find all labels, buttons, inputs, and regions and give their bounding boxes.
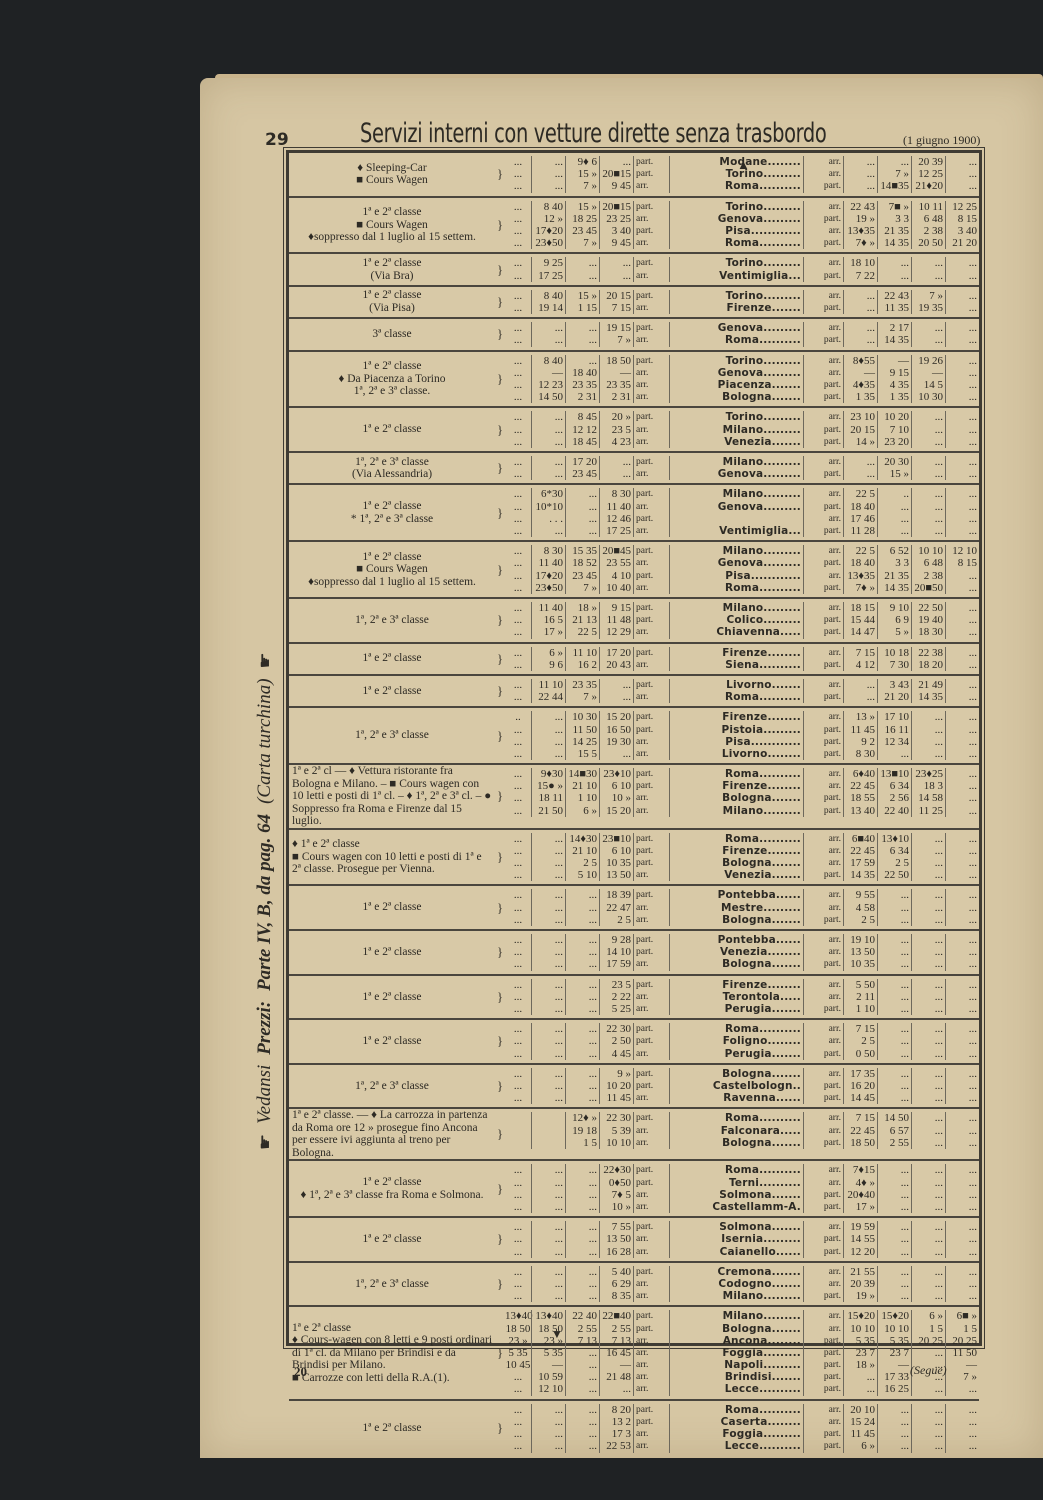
type-out: arr. [633, 557, 669, 569]
col-b: 17 » [531, 626, 565, 638]
ret-d: ... [945, 257, 979, 269]
ret-a: 1 10 [843, 1003, 877, 1015]
col-b: 11 10 [531, 679, 565, 691]
ret-b: 9 10 [877, 602, 911, 614]
station-name: Siena.......... [669, 659, 803, 671]
type-out: arr. [633, 1359, 669, 1371]
edition-date: (1 giugno 1900) [903, 133, 980, 148]
brace-icon: } [495, 287, 505, 317]
ret-a: ... [843, 156, 877, 168]
station-name: Genova......... [669, 557, 803, 569]
ret-d: ... [945, 1416, 979, 1428]
col-b: 18 11 [531, 792, 565, 804]
type-out: arr. [633, 748, 669, 760]
col-d: 23 35 [599, 379, 633, 391]
col-b: 10 59 [531, 1371, 565, 1383]
ret-d: ... [945, 1266, 979, 1278]
ret-d: ... [945, 833, 979, 845]
ret-c: ... [911, 334, 945, 346]
ret-c: 19 40 [911, 614, 945, 626]
station-name: Roma.......... [669, 334, 803, 346]
table-row: ......12 1223 5arr.Milano.........part.2… [505, 424, 979, 436]
col-a: ... [505, 1416, 531, 1428]
station-name: Foggia......... [669, 1428, 803, 1440]
type-out: part. [633, 845, 669, 857]
ret-b: ... [877, 979, 911, 991]
type-return: arr. [803, 768, 843, 780]
ret-d: ... [945, 290, 979, 302]
ret-b: 14 50 [877, 1112, 911, 1124]
station-name: Terontola..... [669, 991, 803, 1003]
col-c: ... [565, 1347, 599, 1359]
type-return: part. [803, 1189, 843, 1201]
ret-d: ... [945, 1125, 979, 1137]
ret-a: 2 5 [843, 1035, 877, 1047]
ret-c: ... [911, 1440, 945, 1452]
ret-a: 7 15 [843, 1112, 877, 1124]
ret-a: 14 35 [843, 869, 877, 881]
timetable-section: 1ª e 2ª classe}.........7 55part.Solmona… [289, 1218, 979, 1263]
ret-b: 5 35 [877, 1335, 911, 1347]
table-row: .........7♦ 5arr.Solmona.......part.20♦4… [505, 1189, 979, 1201]
type-return: arr. [803, 513, 843, 525]
ret-c: 18 20 [911, 659, 945, 671]
ret-a: 23 10 [843, 411, 877, 423]
station-name: Firenze....... [669, 302, 803, 314]
col-d: 23 5 [599, 979, 633, 991]
col-a [505, 1137, 531, 1149]
ret-a: 20 15 [843, 424, 877, 436]
ret-a: 17 59 [843, 857, 877, 869]
station-name: Bologna....... [669, 857, 803, 869]
col-a: ... [505, 1290, 531, 1302]
ret-b: ... [877, 1023, 911, 1035]
station-name: Mestre......... [669, 902, 803, 914]
col-b: 17 25 [531, 270, 565, 282]
col-b: ... [531, 322, 565, 334]
brace-icon: } [495, 765, 505, 828]
type-out: arr. [633, 1347, 669, 1359]
col-b: ... [531, 436, 565, 448]
type-out: part. [633, 225, 669, 237]
col-c: ... [565, 1068, 599, 1080]
station-name: Colico......... [669, 614, 803, 626]
col-b: 9 25 [531, 257, 565, 269]
col-b: 9 6 [531, 659, 565, 671]
timetable-section: 1ª, 2ª e 3ª classe}.........9 »part.Bolo… [289, 1065, 979, 1110]
col-b: 15● » [531, 780, 565, 792]
station-name: Ravenna...... [669, 1092, 803, 1104]
ret-a: 18 40 [843, 557, 877, 569]
pointing-hand-icon: ☛ [255, 652, 276, 668]
ret-b: ... [877, 946, 911, 958]
table-row: .........2 22arr.Terontola.....arr.2 11.… [505, 991, 979, 1003]
table-row: ...8 4015 »20 15part.Torino.........arr.… [505, 290, 979, 302]
type-return: arr. [803, 545, 843, 557]
ret-a: 11 45 [843, 1428, 877, 1440]
timetable-section: 1ª e 2ª classe (Via Pisa)}...8 4015 »20 … [289, 287, 979, 319]
ret-d: ... [945, 748, 979, 760]
col-b: ... [531, 1092, 565, 1104]
col-b: ... [531, 1233, 565, 1245]
table-row: ...12 10......arr.Lecce..........part...… [505, 1383, 979, 1395]
table-row: ...23♦507 »9 45arr.Roma..........part.7♦… [505, 237, 979, 249]
direction-down-arrow-icon: ▼ [551, 1327, 563, 1342]
ret-d: ... [945, 302, 979, 314]
ret-a: 10 35 [843, 958, 877, 970]
table-row: ......14♦3023■10part.Roma..........arr.6… [505, 833, 979, 845]
station-name: Milano......... [669, 424, 803, 436]
col-a: ... [505, 780, 531, 792]
ret-d: 12 10 [945, 545, 979, 557]
ret-c: ... [911, 902, 945, 914]
ret-b: .. [877, 488, 911, 500]
type-return: arr. [803, 889, 843, 901]
col-a: 18 50 [505, 1323, 531, 1335]
ret-a: ... [843, 691, 877, 703]
brace-icon: } [495, 1218, 505, 1261]
col-c: 21 10 [565, 780, 599, 792]
col-d: 11 48 [599, 614, 633, 626]
table-row: .........16 28arr.Caianello......part.12… [505, 1246, 979, 1258]
ret-b: ... [877, 1201, 911, 1213]
type-out: arr. [633, 1371, 669, 1383]
type-return: part. [803, 1383, 843, 1395]
col-a: ... [505, 456, 531, 468]
col-a: ... [505, 468, 531, 480]
table-row: ...16 521 1311 48part.Colico.........par… [505, 614, 979, 626]
col-d: 0♦50 [599, 1177, 633, 1189]
type-return: arr. [803, 322, 843, 334]
station-name: Pistoia......... [669, 724, 803, 736]
type-out: part. [633, 1080, 669, 1092]
col-c: 23 45 [565, 570, 599, 582]
col-c: 22 40 [565, 1310, 599, 1322]
type-out: arr. [633, 792, 669, 804]
table-row: ...8 4015 »20■15part.Torino.........arr.… [505, 201, 979, 213]
col-d: ... [599, 257, 633, 269]
col-a: ... [505, 355, 531, 367]
brace-icon: } [495, 976, 505, 1019]
brace-icon: } [495, 830, 505, 885]
ret-d: ... [945, 1221, 979, 1233]
ret-c: ... [911, 914, 945, 926]
col-b: ... [531, 1189, 565, 1201]
service-description: 1ª e 2ª classe [289, 1020, 495, 1063]
ret-c: 21♦20 [911, 180, 945, 192]
col-a: ... [505, 1080, 531, 1092]
type-out: part. [633, 290, 669, 302]
col-d: 6 10 [599, 845, 633, 857]
type-return: part. [803, 1233, 843, 1245]
ret-c: 21 49 [911, 679, 945, 691]
ret-c: ... [911, 1068, 945, 1080]
type-out: arr. [633, 626, 669, 638]
table-row: ......8 4520 »part.Torino.........arr.23… [505, 411, 979, 423]
table-row: ...9♦3014■3023♦10part.Roma..........arr.… [505, 768, 979, 780]
col-b [531, 1137, 565, 1149]
col-a: ... [505, 958, 531, 970]
timetable-section: 1ª e 2ª classe ■ Cours Wagen ♦soppresso … [289, 198, 979, 255]
ret-b: 10 10 [877, 1323, 911, 1335]
ret-b: ... [877, 156, 911, 168]
ret-c: ... [911, 525, 945, 537]
ret-c: ... [911, 257, 945, 269]
type-return: part. [803, 424, 843, 436]
ret-c: ... [911, 411, 945, 423]
col-d: 9 45 [599, 237, 633, 249]
ret-d: ... [945, 1246, 979, 1258]
station-name: Ventimiglia... [669, 525, 803, 537]
ret-a: 4♦ » [843, 1177, 877, 1189]
station-name: Isernia......... [669, 1233, 803, 1245]
table-row: ...6*30...8 30part.Milano.........arr.22… [505, 488, 979, 500]
ret-d: ... [945, 691, 979, 703]
table-row: .........14 10part.Venezia........arr.13… [505, 946, 979, 958]
ret-d: ... [945, 156, 979, 168]
ret-b: 6 34 [877, 845, 911, 857]
ret-c: 2 38 [911, 225, 945, 237]
table-row: .........8 20part.Roma..........arr.20 1… [505, 1404, 979, 1416]
type-return: part. [803, 691, 843, 703]
col-a: ... [505, 213, 531, 225]
type-return: part. [803, 805, 843, 817]
ret-a: ... [843, 168, 877, 180]
col-c: 22 5 [565, 626, 599, 638]
brace-icon: } [495, 485, 505, 540]
ret-c: ... [911, 1048, 945, 1060]
type-out: part. [633, 322, 669, 334]
ret-a: 22 45 [843, 1125, 877, 1137]
type-out: arr. [633, 1335, 669, 1347]
type-out: part. [633, 833, 669, 845]
ret-b: ... [877, 958, 911, 970]
type-return: arr. [803, 570, 843, 582]
ret-b: 14 35 [877, 334, 911, 346]
page-number-bottom: 20 [294, 1364, 307, 1380]
ret-a: 20♦40 [843, 1189, 877, 1201]
service-description: ♦ Sleeping-Car ■ Cours Wagen [289, 153, 495, 196]
col-a: ... [505, 367, 531, 379]
ret-d: ... [945, 1404, 979, 1416]
ret-c: ... [911, 724, 945, 736]
ret-a: 8♦55 [843, 355, 877, 367]
col-c: ... [565, 1290, 599, 1302]
type-return: arr. [803, 1404, 843, 1416]
col-d: 22♦30 [599, 1164, 633, 1176]
col-a: ... [505, 1383, 531, 1395]
col-a: 10 45 [505, 1359, 531, 1371]
col-d: 16 50 [599, 724, 633, 736]
col-a: ... [505, 724, 531, 736]
continues-note: (Segue) [910, 1363, 947, 1378]
type-out: part. [633, 780, 669, 792]
ret-b: 20 30 [877, 456, 911, 468]
col-b: ... [531, 1035, 565, 1047]
col-d: 6 29 [599, 1278, 633, 1290]
col-d: 10 » [599, 792, 633, 804]
col-c: 7 » [565, 237, 599, 249]
col-b: ... [531, 914, 565, 926]
table-row: ......23 45...arr.Genova.........part...… [505, 468, 979, 480]
col-c: ... [565, 1383, 599, 1395]
table-row: .........11 45arr.Ravenna......part.14 4… [505, 1092, 979, 1104]
type-return: part. [803, 468, 843, 480]
col-b: ... [531, 869, 565, 881]
timetable-section: 1ª e 2ª classe ■ Cours Wagen ♦soppresso … [289, 542, 979, 599]
ret-c: 19 35 [911, 302, 945, 314]
table-row: 5 355 35...16 45arr.Foggia.........part.… [505, 1347, 979, 1359]
ret-c: ... [911, 1112, 945, 1124]
col-c: 1 10 [565, 792, 599, 804]
station-name: Firenze........ [669, 845, 803, 857]
side-note-prefix: Vedansi [254, 1065, 276, 1124]
col-d: 8 35 [599, 1290, 633, 1302]
type-return: part. [803, 582, 843, 594]
ret-c: ... [911, 1428, 945, 1440]
col-b: 22 44 [531, 691, 565, 703]
table-row: 10 45—...—arr.Napoli.........part.18 »—.… [505, 1359, 979, 1371]
col-b: 6 » [531, 647, 565, 659]
col-d: 9 15 [599, 602, 633, 614]
ret-a: 22 5 [843, 545, 877, 557]
timetable-section: 1ª e 2ª classe ♦ Cours-wagen con 8 letti… [289, 1307, 979, 1400]
col-c: ... [565, 1201, 599, 1213]
col-c: ... [565, 991, 599, 1003]
ret-a: 11 28 [843, 525, 877, 537]
type-return: arr. [803, 411, 843, 423]
col-a: ... [505, 934, 531, 946]
col-a: ... [505, 1233, 531, 1245]
col-c: ... [565, 914, 599, 926]
ret-a: 4 58 [843, 902, 877, 914]
type-out: arr. [633, 1048, 669, 1060]
ret-c: ... [911, 1125, 945, 1137]
ret-d: ... [945, 436, 979, 448]
col-a: ... [505, 1221, 531, 1233]
ret-a: 14 » [843, 436, 877, 448]
type-return: arr. [803, 168, 843, 180]
ret-b: 23 20 [877, 436, 911, 448]
col-b: 13♦40 [531, 1310, 565, 1322]
ret-b: ... [877, 1048, 911, 1060]
type-out: arr. [633, 1003, 669, 1015]
brace-icon: } [495, 676, 505, 706]
col-a: ... [505, 914, 531, 926]
station-name: Roma.......... [669, 1164, 803, 1176]
station-name: Roma.......... [669, 237, 803, 249]
col-c: 15 5 [565, 748, 599, 760]
col-c: ... [565, 1266, 599, 1278]
ret-c: 6 48 [911, 213, 945, 225]
table-row: 18 5018 502 552 55part.Bologna.......arr… [505, 1323, 979, 1335]
type-out: part. [633, 768, 669, 780]
service-description: 1ª e 2ª classe. — ♦ La carrozza in parte… [289, 1109, 495, 1159]
station-name: Livorno....... [669, 679, 803, 691]
ret-d: ... [945, 659, 979, 671]
col-c: ... [565, 1164, 599, 1176]
ret-d: ... [945, 1035, 979, 1047]
table-row: ...19 141 157 15arr.Firenze.......part..… [505, 302, 979, 314]
type-return: arr. [803, 679, 843, 691]
table-row: ......11 5016 50part.Pistoia.........par… [505, 724, 979, 736]
station-name: Pontebba...... [669, 934, 803, 946]
col-b: 8 40 [531, 290, 565, 302]
type-out: part. [633, 647, 669, 659]
col-a: ... [505, 792, 531, 804]
ret-b: ... [877, 748, 911, 760]
col-b: ... [531, 456, 565, 468]
type-out: arr. [633, 180, 669, 192]
col-b: ... [531, 168, 565, 180]
col-a: ... [505, 1023, 531, 1035]
timetable-section: 1ª e 2ª classe}...11 1023 35...part.Livo… [289, 676, 979, 708]
ret-a: 23 7 [843, 1347, 877, 1359]
ret-a: ... [843, 456, 877, 468]
col-d: 11 45 [599, 1092, 633, 1104]
ret-b: ... [877, 513, 911, 525]
col-a: ... [505, 979, 531, 991]
ret-d: ... [945, 857, 979, 869]
type-out: arr. [633, 1092, 669, 1104]
brace-icon: } [495, 1161, 505, 1216]
type-return: arr. [803, 367, 843, 379]
station-name: Roma.......... [669, 691, 803, 703]
station-name: Torino......... [669, 201, 803, 213]
type-out: arr. [633, 805, 669, 817]
col-b: 19 14 [531, 302, 565, 314]
side-price-note: ☛ Vedansi Prezzi: Parte IV, B, da pag. 6… [248, 330, 282, 1150]
col-a: ... [505, 857, 531, 869]
timetable-section: 1ª e 2ª classe (Via Bra)}...9 25......pa… [289, 254, 979, 286]
station-name: Roma.......... [669, 1112, 803, 1124]
timetable-section: 1ª e 2ª classe}...6 »11 1017 20part.Fire… [289, 644, 979, 676]
type-return: arr. [803, 488, 843, 500]
col-c: 6 » [565, 805, 599, 817]
ret-d: — [945, 1359, 979, 1371]
type-out: part. [633, 679, 669, 691]
type-out: part. [633, 857, 669, 869]
type-return: part. [803, 302, 843, 314]
table-row: .........18 39part.Pontebba......arr.9 5… [505, 889, 979, 901]
ret-b: ... [877, 501, 911, 513]
col-d: 22 47 [599, 902, 633, 914]
col-a: ... [505, 679, 531, 691]
service-description: 1ª e 2ª classe [289, 886, 495, 929]
brace-icon: } [495, 599, 505, 642]
col-d: ... [599, 456, 633, 468]
col-d: 11 40 [599, 501, 633, 513]
ret-a: 4 12 [843, 659, 877, 671]
col-c: 1 15 [565, 302, 599, 314]
ret-d: ... [945, 902, 979, 914]
type-return: arr. [803, 934, 843, 946]
type-out: part. [633, 355, 669, 367]
col-c: ... [565, 1278, 599, 1290]
ret-b: 12 34 [877, 736, 911, 748]
type-return: part. [803, 436, 843, 448]
ret-b: ... [877, 257, 911, 269]
station-name: Roma.......... [669, 582, 803, 594]
type-out: arr. [633, 468, 669, 480]
ret-d: ... [945, 1003, 979, 1015]
type-out: part. [633, 545, 669, 557]
col-d: 3 40 [599, 225, 633, 237]
type-out: arr. [633, 1137, 669, 1149]
station-name: Milano......... [669, 488, 803, 500]
ret-b: 3 3 [877, 557, 911, 569]
col-c: 17 20 [565, 456, 599, 468]
